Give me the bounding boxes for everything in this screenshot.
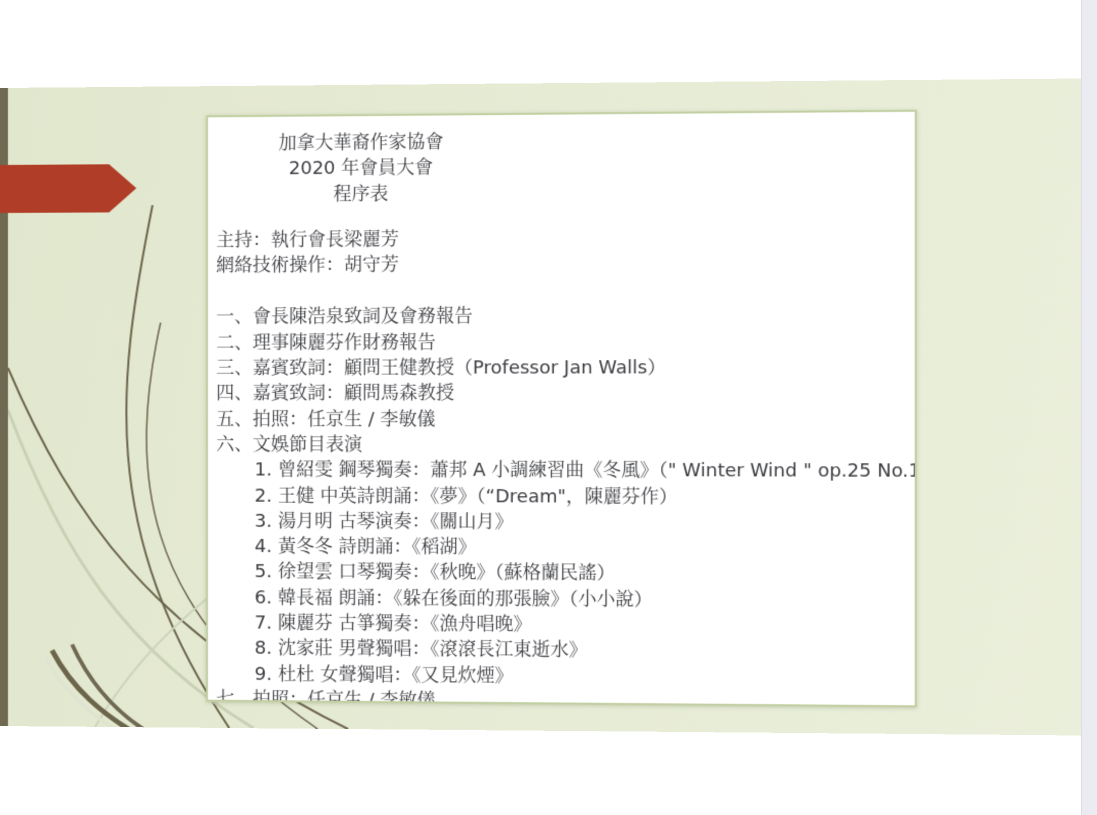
- association-name: 加拿大華裔作家協會: [216, 129, 506, 157]
- screen-edge-strip: [1081, 0, 1097, 815]
- performance-item-1: 1. 曾紹雯 鋼琴獨奏：蕭邦 A 小調練習曲《冬風》（" Winter Wind…: [216, 458, 906, 485]
- tech-operator-line: 網絡技術操作：胡守芳: [216, 250, 906, 278]
- agenda-item-2: 二、理事陳麗芬作財務報告: [216, 329, 906, 356]
- agenda-item-3: 三、嘉賓致詞：顧問王健教授（Professor Jan Walls）: [216, 355, 906, 381]
- program-sheet: 加拿大華裔作家協會 2020 年會員大會 程序表 主持：執行會長梁麗芳 網絡技術…: [206, 110, 917, 708]
- meeting-year-title: 2020 年會員大會: [216, 155, 506, 182]
- performance-item-4: 4. 黃冬冬 詩朗誦：《稻湖》: [216, 534, 906, 562]
- program-sheet-label: 程序表: [216, 180, 506, 207]
- program-list: 一、會長陳浩泉致詞及會務報告 二、理事陳麗芬作財務報告 三、嘉賓致詞：顧問王健教…: [216, 303, 906, 707]
- agenda-item-6: 六、文娛節目表演: [216, 432, 906, 458]
- performance-item-5: 5. 徐望雲 口琴獨奏：《秋晚》（蘇格蘭民謠）: [216, 559, 906, 588]
- host-block: 主持：執行會長梁麗芳 網絡技術操作：胡守芳: [216, 224, 906, 278]
- performance-item-2: 2. 王健 中英詩朗誦：《夢》（“Dream"，陳麗芬作）: [216, 483, 906, 510]
- red-arrow-shape: [0, 164, 136, 213]
- agenda-item-1: 一、會長陳浩泉致詞及會務報告: [216, 303, 906, 330]
- agenda-item-5: 五、拍照：任京生 / 李敏儀: [216, 407, 906, 433]
- agenda-item-4: 四、嘉賓致詞：顧問馬森教授: [216, 381, 906, 407]
- slide: 加拿大華裔作家協會 2020 年會員大會 程序表 主持：執行會長梁麗芳 網絡技術…: [0, 78, 1091, 735]
- performance-item-3: 3. 湯月明 古琴演奏：《關山月》: [216, 508, 906, 536]
- host-line: 主持：執行會長梁麗芳: [216, 224, 906, 253]
- performance-item-6: 6. 韓長福 朗誦：《躲在後面的那張臉》（小小說）: [216, 585, 906, 614]
- title-block: 加拿大華裔作家協會 2020 年會員大會 程序表: [216, 129, 506, 208]
- slide-background: 加拿大華裔作家協會 2020 年會員大會 程序表 主持：執行會長梁麗芳 網絡技術…: [0, 78, 1091, 735]
